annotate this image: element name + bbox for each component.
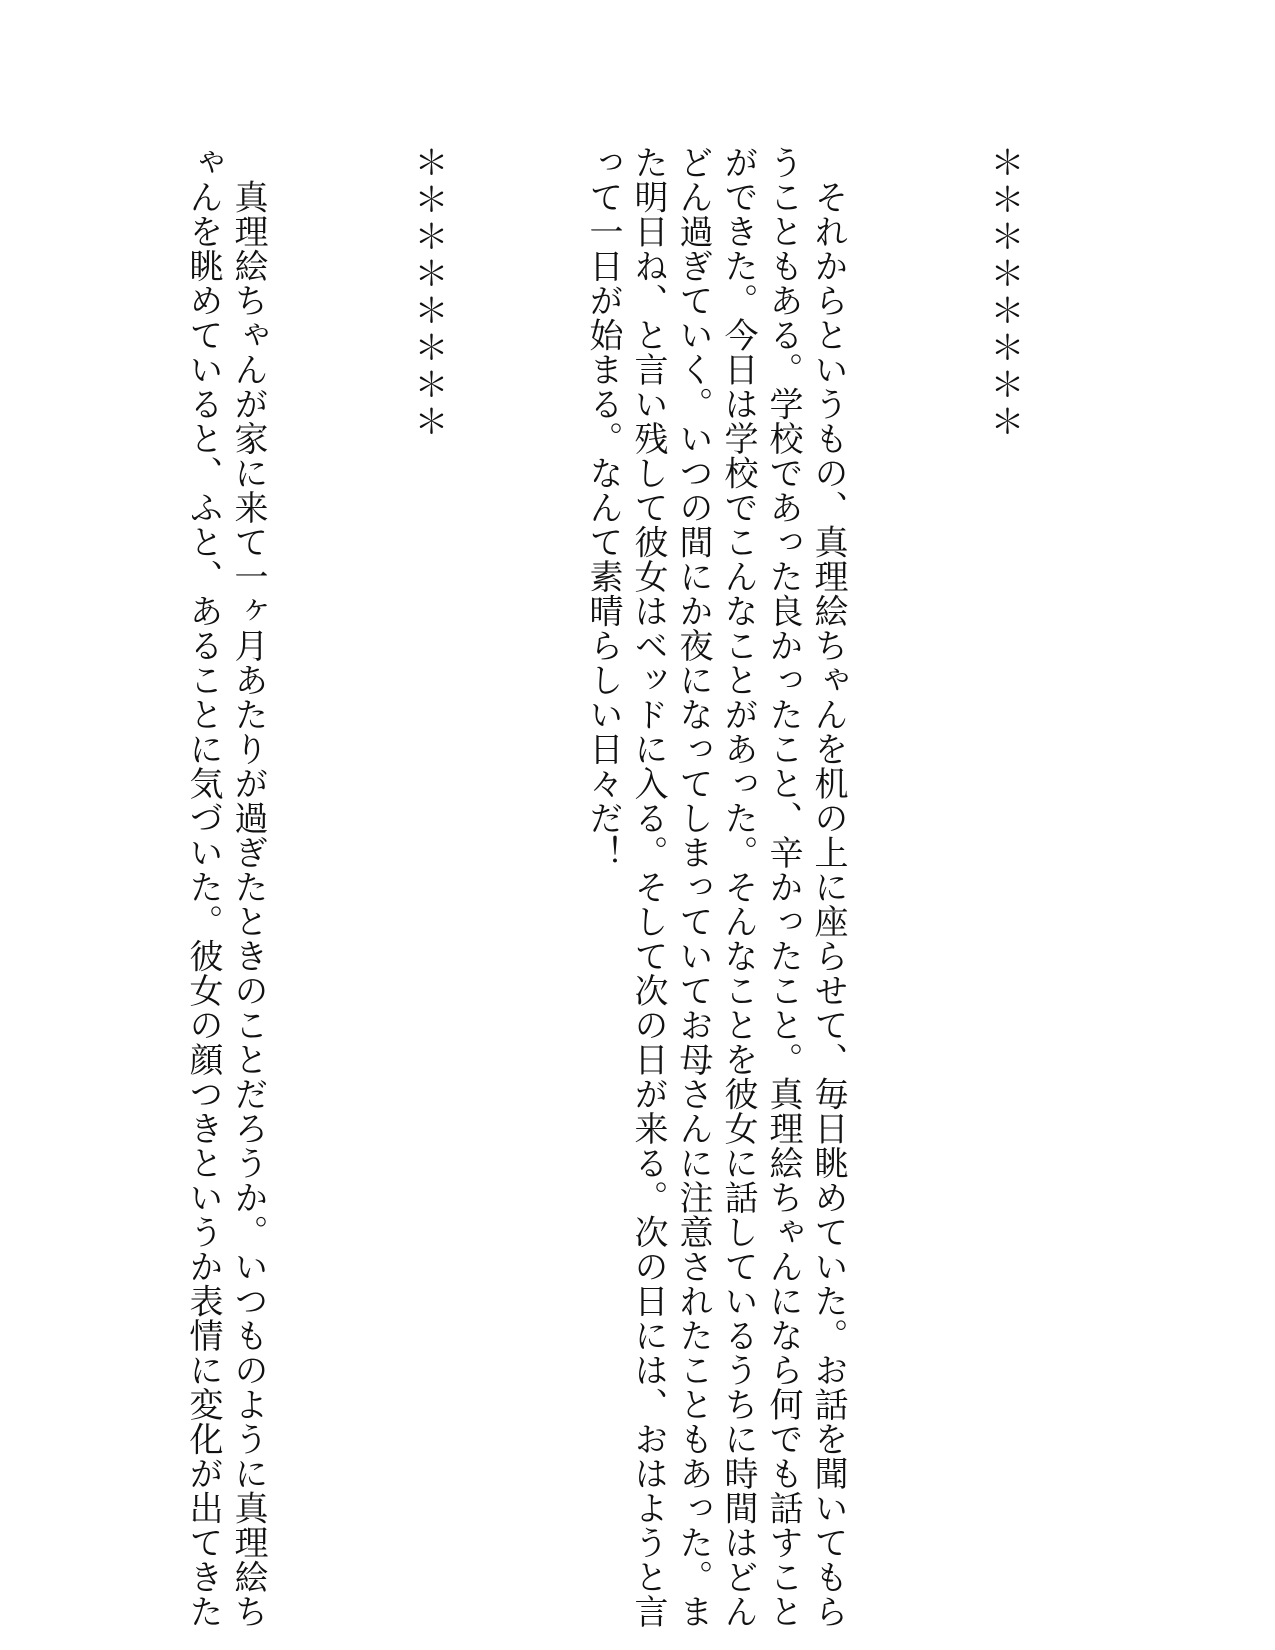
- text-line: って一日が始まる。なんて素晴らしい日々だ！: [581, 145, 625, 870]
- text-line: ができた。今日は学校でこんなことがあった。そんなことを彼女に話しているうちに時間…: [716, 145, 760, 1629]
- text-line: た明日ね、と言い残して彼女はベッドに入る。そして次の日が来る。次の日には、おはよ…: [626, 145, 670, 1629]
- text-line: うこともある。学校であった良かったこと、辛かったこと。真理絵ちゃんになら何でも話…: [761, 145, 805, 1629]
- section-separator-1: ＊＊＊＊＊＊＊＊: [982, 145, 1026, 441]
- text-line: それからというもの、真理絵ちゃんを机の上に座らせて、毎日眺めていた。お話を聞いて…: [806, 145, 850, 1629]
- text-line: ゃんを眺めていると、ふと、あることに気づいた。彼女の顔つきというか表情に変化が出…: [181, 145, 225, 1629]
- section-separator-2: ＊＊＊＊＊＊＊＊: [406, 145, 450, 441]
- document-page: ＊＊＊＊＊＊＊＊ それからというもの、真理絵ちゃんを机の上に座らせて、毎日眺めて…: [0, 0, 1275, 1650]
- text-line: 真理絵ちゃんが家に来て一ヶ月あたりが過ぎたときのことだろうか。いつものように真理…: [226, 145, 270, 1629]
- text-line: どん過ぎていく。いつの間にか夜になってしまっていてお母さんに注意されたこともあっ…: [671, 145, 715, 1629]
